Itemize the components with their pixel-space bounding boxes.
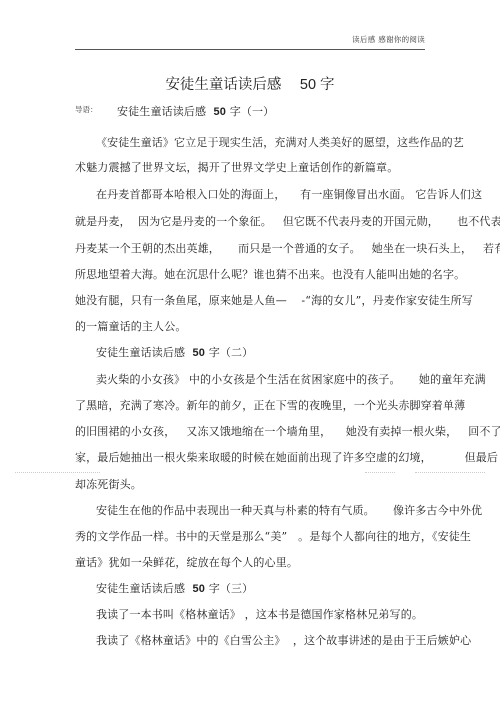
- line-text: 安徒生童话读后感: [96, 346, 193, 359]
- line-text: 就是丹麦， 因为它是丹麦的一个象征。 但它既不代表丹麦的开国元勋， 也不代表: [75, 215, 500, 228]
- paragraph-line: 术魅力震撼了世界文坛，揭开了世界文学史上童话创作的新篇章。: [75, 159, 398, 175]
- line-text: 却冻死街头。: [75, 478, 142, 491]
- line-text: 在丹麦首都哥本哈根入口处的海面上， 有一座铜像冒出水面。 它告诉人们这: [96, 188, 482, 201]
- line-text: 卖火柴的小女孩》 中的小女孩是个生活在贫困家庭中的孩子。 她的童年充满: [96, 373, 486, 386]
- section-number: 50: [193, 347, 206, 359]
- section-heading: 安徒生童话读后感 50 字（一）: [117, 103, 274, 119]
- line-text: 我读了一本书叫《格林童话》 ，这本书是德国作家格林兄弟写的。: [96, 608, 423, 621]
- line-text: 童话》犹如一朵鲜花，绽放在每个人的心里。: [75, 556, 298, 569]
- line-text: 术魅力震撼了世界文坛，揭开了世界文学史上童话创作的新篇章。: [75, 161, 398, 174]
- line-text: 丹麦某一个王朝的杰出英雄， 而只是一个普通的女子。 她坐在一块石头上， 若有: [75, 242, 500, 255]
- page-break-dotted-line: [365, 472, 395, 473]
- paragraph-line: 她没有腿，只有一条鱼尾，原来她是人鱼— -“海的女儿”，丹麦作家安徒生所写: [75, 292, 473, 308]
- line-text: 安徒生童话读后感: [117, 105, 214, 118]
- paragraph-line: 安徒生在他的作品中表现出一种天真与朴素的特有气质。 像许多古今中外优: [96, 502, 482, 518]
- paragraph-line: 《安徒生童话》它立足于现实生活，充满对人类美好的愿望，这些作品的艺: [96, 134, 464, 150]
- paragraph-line: 童话》犹如一朵鲜花，绽放在每个人的心里。: [75, 554, 298, 570]
- section-suffix: 字（一）: [226, 105, 274, 118]
- paragraph-line: 卖火柴的小女孩》 中的小女孩是个生活在贫困家庭中的孩子。 她的童年充满: [96, 371, 486, 387]
- paragraph-line: 秀的文学作品一样。书中的天堂是那么“美” 。是每个人都向往的地方，《安徒生: [75, 528, 471, 544]
- line-text: 安徒生童话读后感: [96, 582, 193, 595]
- lead-label: 导语：: [75, 104, 98, 115]
- section-number: 50: [214, 106, 227, 118]
- paragraph-line: 的旧围裙的小女孩， 又冻又饿地缩在一个墙角里， 她没有卖掉一根火柴， 回不了: [75, 423, 500, 439]
- line-text: 她没有腿，只有一条鱼尾，原来她是人鱼— -“海的女儿”，丹麦作家安徒生所写: [75, 294, 473, 307]
- paragraph-line: 家，最后她抽出一根火柴来取暖的时候在她面前出现了许多空虚的幻境， 但最后: [75, 449, 498, 465]
- line-text: 《安徒生童话》它立足于现实生活，充满对人类美好的愿望，这些作品的艺: [96, 136, 464, 149]
- paragraph-line: 的一篇童话的主人公。: [75, 318, 187, 334]
- line-text: 所思地望着大海。她在沉思什么呢？谁也猜不出来。也没有人能叫出她的名字。: [75, 268, 465, 281]
- title-num: 50 字: [300, 77, 335, 93]
- line-text: 我读了《格林童话》中的《白雪公主》 ，这个故事讲述的是由于王后嫉妒心: [96, 634, 471, 647]
- document-title: 安徒生童话读后感 50 字: [0, 73, 500, 94]
- section-suffix: 字（二）: [205, 346, 253, 359]
- header-text: 读后感 感谢你的阅读: [352, 34, 425, 45]
- paragraph-line: 我读了《格林童话》中的《白雪公主》 ，这个故事讲述的是由于王后嫉妒心: [96, 632, 471, 648]
- line-text: 家，最后她抽出一根火柴来取暖的时候在她面前出现了许多空虚的幻境， 但最后: [75, 451, 498, 464]
- section-heading: 安徒生童话读后感 50 字（三）: [96, 580, 253, 596]
- section-heading: 安徒生童话读后感 50 字（二）: [96, 344, 253, 360]
- paragraph-line: 所思地望着大海。她在沉思什么呢？谁也猜不出来。也没有人能叫出她的名字。: [75, 266, 465, 282]
- paragraph-line: 却冻死街头。: [75, 476, 142, 492]
- section-number: 50: [193, 583, 206, 595]
- line-text: 的旧围裙的小女孩， 又冻又饿地缩在一个墙角里， 她没有卖掉一根火柴， 回不了: [75, 425, 500, 438]
- line-text: 安徒生在他的作品中表现出一种天真与朴素的特有气质。 像许多古今中外优: [96, 504, 482, 517]
- section-suffix: 字（三）: [205, 582, 253, 595]
- paragraph-line: 丹麦某一个王朝的杰出英雄， 而只是一个普通的女子。 她坐在一块石头上， 若有: [75, 240, 500, 256]
- paragraph-line: 我读了一本书叫《格林童话》 ，这本书是德国作家格林兄弟写的。: [96, 606, 423, 622]
- paragraph-line: 在丹麦首都哥本哈根入口处的海面上， 有一座铜像冒出水面。 它告诉人们这: [96, 186, 482, 202]
- paragraph-line: 就是丹麦， 因为它是丹麦的一个象征。 但它既不代表丹麦的开国元勋， 也不代表: [75, 213, 500, 229]
- paragraph-line: 了黑暗，充满了寒冷。新年的前夕，正在下雪的夜晚里，一个光头赤脚穿着单薄: [75, 397, 465, 413]
- page-break-dotted-line: [415, 472, 485, 473]
- line-text: 了黑暗，充满了寒冷。新年的前夕，正在下雪的夜晚里，一个光头赤脚穿着单薄: [75, 399, 465, 412]
- page-break-dotted-line: [15, 472, 100, 473]
- line-text: 秀的文学作品一样。书中的天堂是那么“美” 。是每个人都向往的地方，《安徒生: [75, 530, 471, 543]
- page-header: 读后感 感谢你的阅读: [75, 40, 425, 50]
- title-main: 安徒生童话读后感: [165, 77, 281, 93]
- line-text: 的一篇童话的主人公。: [75, 320, 187, 333]
